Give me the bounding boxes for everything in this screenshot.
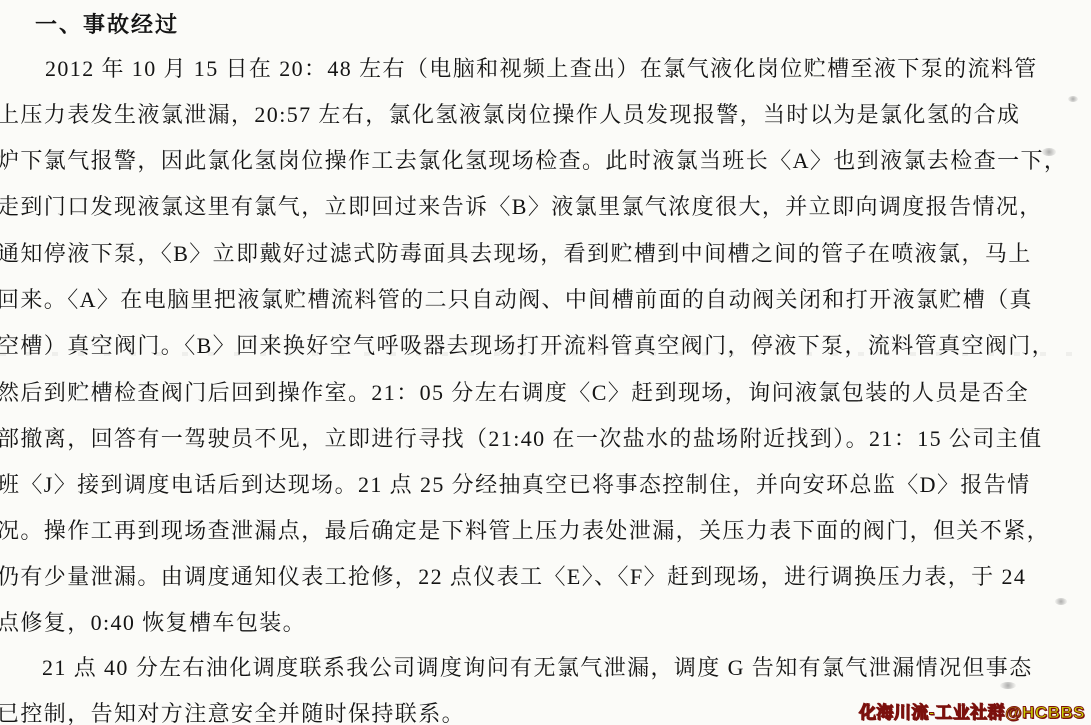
section-heading: 一、事故经过: [35, 8, 179, 39]
paragraph-line: 况。操作工再到现场查泄漏点，最后确定是下料管上压力表处泄漏，关压力表下面的阀门，…: [0, 514, 1050, 545]
scan-noise-speck: [1068, 96, 1078, 102]
paragraph-line: 已控制，告知对方注意安全并随时保持联系。: [0, 697, 465, 725]
paragraph-line: 回来。〈A〉在电脑里把液氯贮槽流料管的二只自动阀、中间槽前面的自动阀关闭和打开液…: [0, 283, 1033, 314]
scan-artifact-row: [0, 352, 1091, 356]
paragraph-line: 通知停液下泵，〈B〉立即戴好过滤式防毒面具去现场，看到贮槽到中间槽之间的管子在喷…: [0, 237, 1032, 268]
paragraph-line: 21 点 40 分左右油化调度联系我公司调度询问有无氯气泄漏，调度 G 告知有氯…: [42, 651, 1033, 682]
paragraph-line: 然后到贮槽检查阀门后回到操作室。21：05 分左右调度〈C〉赶到现场，询问液氯包…: [0, 376, 1029, 407]
watermark-text: 化海川流-工业社群@HCBBS: [859, 698, 1085, 723]
paragraph-line: 班〈J〉接到调度电话后到达现场。21 点 25 分经抽真空已将事态控制住，并向安…: [0, 468, 1031, 499]
paragraph-line: 走到门口发现液氯这里有氯气，立即回过来告诉〈B〉液氯里氯气浓度很大，并立即向调度…: [0, 190, 1043, 221]
paragraph-line: 部撤离，回答有一驾驶员不见，立即进行寻找（21:40 在一次盐水的盐场附近找到）…: [0, 422, 1043, 453]
paragraph-line: 炉下氯气报警，因此氯化氢岗位操作工去氯化氢现场检查。此时液氯当班长〈A〉也到液氯…: [0, 144, 1067, 175]
scan-noise-speck: [1000, 682, 1016, 689]
paragraph-line: 上压力表发生液氯泄漏，20:57 左右，氯化氢液氯岗位操作人员发现报警，当时以为…: [0, 98, 1020, 129]
scanned-document-page: 一、事故经过 2012 年 10 月 15 日在 20：48 左右（电脑和视频上…: [0, 0, 1091, 725]
paragraph-line: 点修复，0:40 恢复槽车包装。: [0, 606, 306, 637]
paragraph-line: 仍有少量泄漏。由调度通知仪表工抢修，22 点仪表工〈E〉、〈F〉赶到现场，进行调…: [0, 560, 1026, 591]
paragraph-line: 2012 年 10 月 15 日在 20：48 左右（电脑和视频上查出）在氯气液…: [45, 52, 1038, 83]
scan-noise-speck: [1042, 148, 1056, 156]
scan-noise-speck: [1055, 598, 1067, 605]
